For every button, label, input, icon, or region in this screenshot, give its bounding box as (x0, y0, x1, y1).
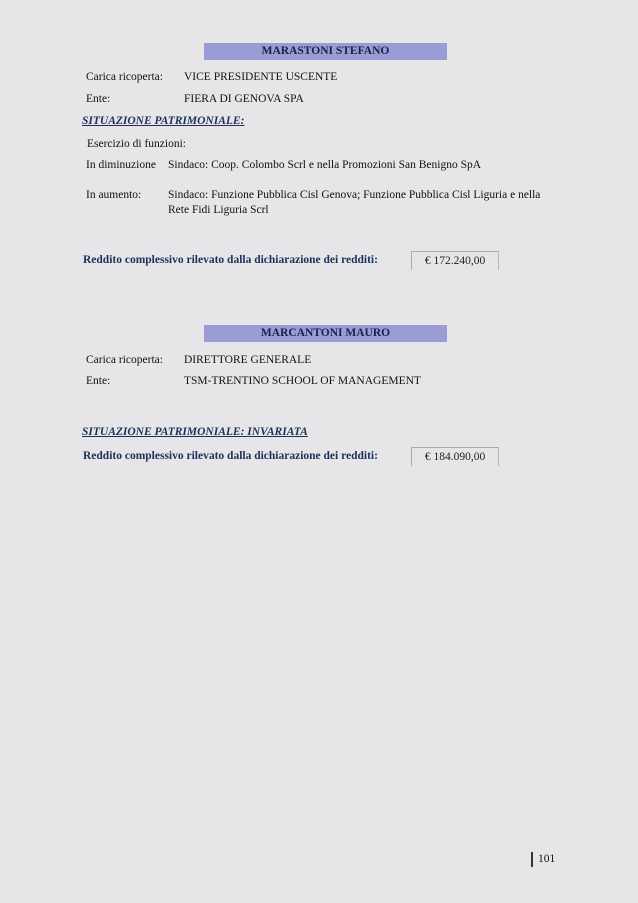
ente-label: Ente: (86, 374, 110, 388)
reddito-value-box: € 184.090,00 (411, 447, 499, 466)
aumento-label: In aumento: (86, 188, 141, 202)
situazione-heading: SITUAZIONE PATRIMONIALE: INVARIATA (82, 426, 308, 438)
reddito-label: Reddito complessivo rilevato dalla dichi… (83, 450, 378, 462)
situazione-heading: SITUAZIONE PATRIMONIALE: (82, 115, 244, 127)
esercizio-label: Esercizio di funzioni: (87, 137, 186, 151)
diminuzione-value: Sindaco: Coop. Colombo Scrl e nella Prom… (168, 158, 481, 172)
diminuzione-label: In diminuzione (86, 158, 156, 172)
carica-label: Carica ricoperta: (86, 70, 163, 84)
carica-value: DIRETTORE GENERALE (184, 353, 311, 367)
aumento-value-line1: Sindaco: Funzione Pubblica Cisl Genova; … (168, 188, 540, 202)
aumento-value-line2: Rete Fidi Liguria Scrl (168, 203, 269, 217)
reddito-label: Reddito complessivo rilevato dalla dichi… (83, 254, 378, 266)
ente-value: FIERA DI GENOVA SPA (184, 92, 304, 106)
ente-value: TSM-TRENTINO SCHOOL OF MANAGEMENT (184, 374, 421, 388)
reddito-value-box: € 172.240,00 (411, 251, 499, 270)
page-number: 101 (531, 852, 555, 867)
person-name-header: MARCANTONI MAURO (204, 325, 447, 342)
ente-label: Ente: (86, 92, 110, 106)
person-name-header: MARASTONI STEFANO (204, 43, 447, 60)
carica-value: VICE PRESIDENTE USCENTE (184, 70, 337, 84)
carica-label: Carica ricoperta: (86, 353, 163, 367)
